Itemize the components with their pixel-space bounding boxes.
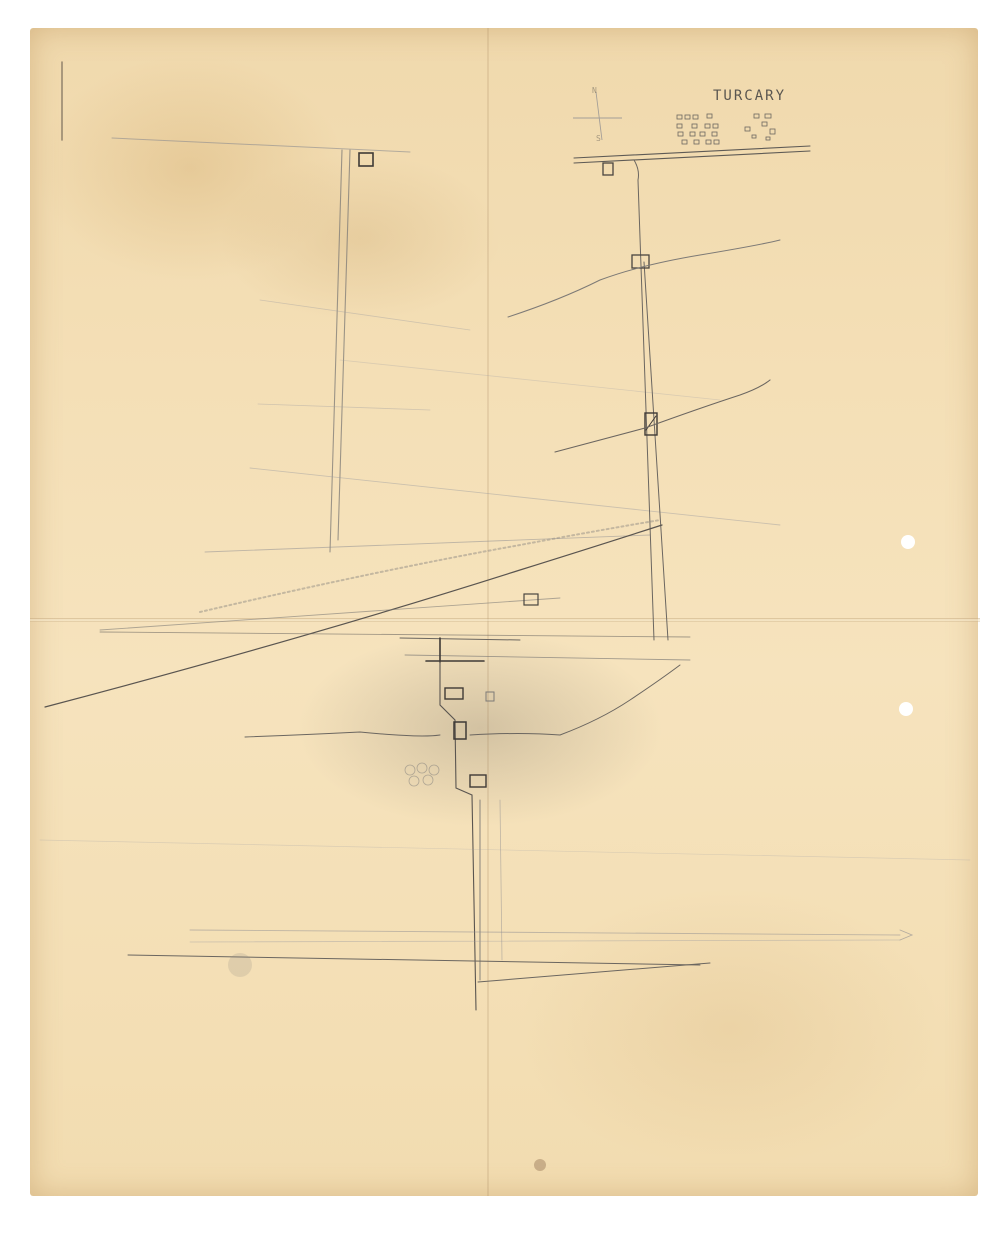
building-center-1 xyxy=(445,688,463,699)
top-right-road xyxy=(574,146,810,163)
diagonal-road xyxy=(45,525,662,707)
place-name-label: TURCARY xyxy=(713,88,786,104)
compass-north-label: N xyxy=(592,86,599,95)
building-center-4 xyxy=(486,692,494,701)
building-center-2 xyxy=(454,722,466,739)
compass-icon xyxy=(573,92,622,140)
left-road xyxy=(330,150,350,552)
sketch-drawing xyxy=(0,0,1000,1238)
building-top-left xyxy=(359,153,373,166)
village-houses-icon xyxy=(677,114,775,144)
compass-south-label: S xyxy=(596,134,603,143)
right-road xyxy=(634,160,668,640)
building-top-right xyxy=(603,163,613,175)
building-center-3 xyxy=(470,775,486,787)
